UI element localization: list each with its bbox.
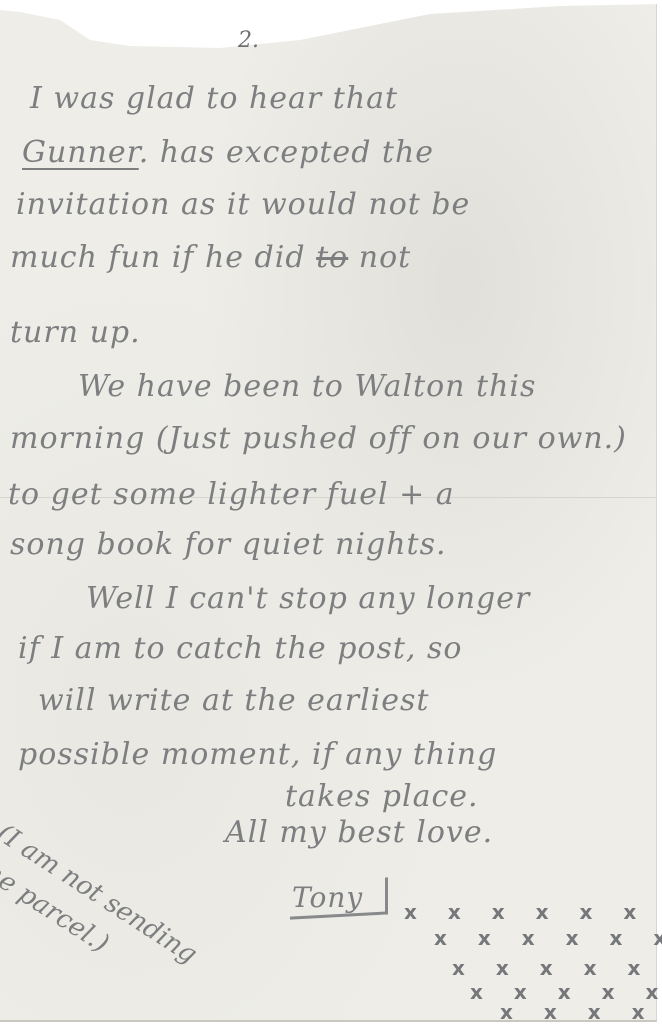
closing-line: All my best love. — [225, 818, 493, 848]
underlined-name: Gunner — [22, 135, 139, 170]
kisses-row-5: x x x x — [500, 1000, 657, 1024]
page-number: 2. — [238, 28, 259, 53]
letter-line-6: We have been to Walton this — [78, 372, 536, 402]
torn-top-edge — [0, 0, 662, 60]
letter-line-5: turn up. — [10, 318, 141, 348]
letter-line-11: if I am to catch the post, so — [18, 634, 462, 664]
letter-line-9: song book for quiet nights. — [10, 530, 447, 560]
signature-flourish — [290, 877, 388, 919]
letter-line-12: will write at the earliest — [38, 686, 429, 716]
kisses-row-2: x x x x x x — [434, 926, 662, 950]
letter-line-2: Gunner. has excepted the — [22, 138, 434, 168]
letter-line-3: invitation as it would not be — [16, 190, 470, 220]
kisses-row-3: x x x x x — [452, 956, 652, 980]
letter-line-13: possible moment, if any thing — [18, 740, 497, 770]
kisses-row-1: x x x x x x x — [404, 900, 662, 924]
letter-line-10: Well I can't stop any longer — [86, 584, 530, 614]
letter-line-14: takes place. — [285, 782, 479, 812]
struck-word: to — [316, 240, 348, 275]
letter-line-4: much fun if he did to not — [10, 243, 411, 273]
letter-line-8: to get some lighter fuel + a — [8, 480, 455, 510]
letter-line-1: I was glad to hear that — [30, 84, 398, 114]
letter-line-7: morning (Just pushed off on our own.) — [10, 424, 627, 454]
